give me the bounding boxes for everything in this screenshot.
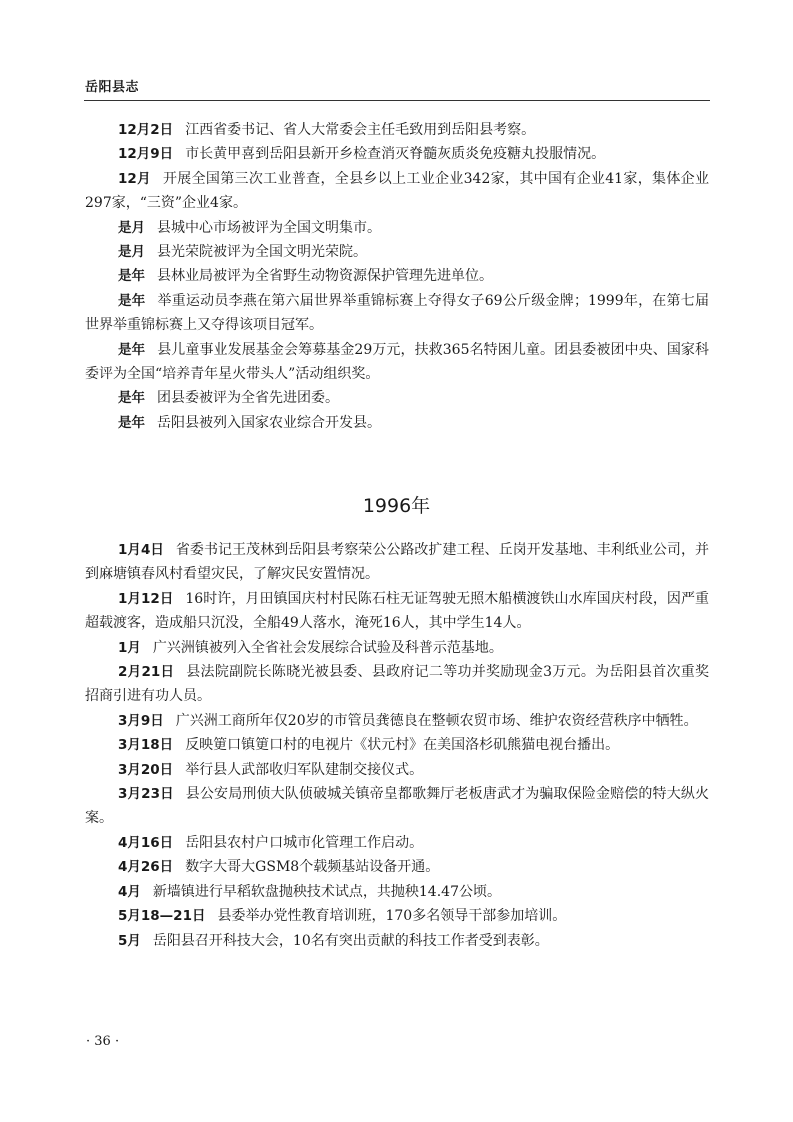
entry-date: 是年: [118, 342, 145, 358]
entry-text: 县委举办党性教育培训班，170多名领导干部参加培训。: [217, 908, 566, 924]
entry-text: 县城中心市场被评为全国文明集市。: [157, 220, 381, 236]
entry-date: 12月9日: [118, 146, 173, 162]
entry: 是年岳阳县被列入国家农业综合开发县。: [85, 411, 709, 435]
entry-date: 5月: [118, 933, 141, 949]
entries-1995: 12月2日江西省委书记、省人大常委会主任毛致用到岳阳县考察。 12月9日市长黄甲…: [85, 118, 709, 435]
entry-date: 4月: [118, 884, 141, 900]
entry-text: 岳阳县被列入国家农业综合开发县。: [157, 415, 381, 431]
entry-date: 是月: [118, 244, 145, 260]
entry-text: 岳阳县召开科技大会，10名有突出贡献的科技工作者受到表彰。: [153, 933, 549, 949]
entry-text: 反映筻口镇筻口村的电视片《状元村》在美国洛杉矶熊猫电视台播出。: [185, 737, 619, 753]
entry: 1月4日省委书记王茂林到岳阳县考察荣公公路改扩建工程、丘岗开发基地、丰利纸业公司…: [85, 538, 709, 587]
entry: 12月9日市长黄甲喜到岳阳县新开乡检查消灭脊髓灰质炎免疫糖丸投服情况。: [85, 142, 709, 166]
entry: 是月县光荣院被评为全国文明光荣院。: [85, 240, 709, 264]
entry-date: 4月16日: [118, 835, 173, 851]
entry: 是年团县委被评为全省先进团委。: [85, 386, 709, 410]
entry: 是年县儿童事业发展基金会筹募基金29万元，扶救365名特困儿童。团县委被团中央、…: [85, 338, 709, 387]
entry: 12月开展全国第三次工业普查，全县乡以上工业企业342家，其中国有企业41家，集…: [85, 167, 709, 216]
entry: 5月18—21日县委举办党性教育培训班，170多名领导干部参加培训。: [85, 904, 709, 928]
entry-date: 是月: [118, 220, 145, 236]
entry-date: 是年: [118, 415, 145, 431]
entry-date: 是年: [118, 293, 145, 309]
entry: 3月18日反映筻口镇筻口村的电视片《状元村》在美国洛杉矶熊猫电视台播出。: [85, 733, 709, 757]
entry: 3月9日广兴洲工商所年仅20岁的市管员龚德良在整顿农贸市场、维护农资经营秩序中牺…: [85, 709, 709, 733]
entry-text: 县林业局被评为全省野生动物资源保护管理先进单位。: [157, 268, 493, 284]
entry-text: 县光荣院被评为全国文明光荣院。: [157, 244, 367, 260]
entry: 2月21日县法院副院长陈晓光被县委、县政府记二等功并奖励现金3万元。为岳阳县首次…: [85, 660, 709, 709]
entry-text: 广兴洲镇被列入全省社会发展综合试验及科普示范基地。: [153, 640, 503, 656]
entry: 4月16日岳阳县农村户口城市化管理工作启动。: [85, 831, 709, 855]
entry-text: 县儿童事业发展基金会筹募基金29万元，扶救365名特困儿童。团县委被团中央、国家…: [85, 342, 709, 382]
entry-text: 广兴洲工商所年仅20岁的市管员龚德良在整顿农贸市场、维护农资经营秩序中牺牲。: [176, 713, 698, 729]
entry: 3月23日县公安局刑侦大队侦破城关镇帝皇都歌舞厅老板唐武才为骗取保险金赔偿的特大…: [85, 782, 709, 831]
entry-date: 3月9日: [118, 713, 164, 729]
entry-text: 县法院副院长陈晓光被县委、县政府记二等功并奖励现金3万元。为岳阳县首次重奖招商引…: [85, 664, 709, 704]
entry-date: 3月23日: [118, 786, 174, 802]
entry: 4月新墙镇进行早稻软盘抛秧技术试点，共抛秧14.47公顷。: [85, 880, 709, 904]
running-title: 岳阳县志: [85, 76, 139, 95]
entry-text: 团县委被评为全省先进团委。: [157, 390, 339, 406]
entry-date: 4月26日: [118, 859, 173, 875]
entry: 是月县城中心市场被评为全国文明集市。: [85, 216, 709, 240]
entry-text: 举重运动员李燕在第六届世界举重锦标赛上夺得女子69公斤级金牌；1999年，在第七…: [85, 293, 709, 333]
entry: 是年县林业局被评为全省野生动物资源保护管理先进单位。: [85, 264, 709, 288]
entry: 12月2日江西省委书记、省人大常委会主任毛致用到岳阳县考察。: [85, 118, 709, 142]
entry: 1月广兴洲镇被列入全省社会发展综合试验及科普示范基地。: [85, 636, 709, 660]
entry: 是年举重运动员李燕在第六届世界举重锦标赛上夺得女子69公斤级金牌；1999年，在…: [85, 289, 709, 338]
entry-date: 3月20日: [118, 762, 173, 778]
entry: 5月岳阳县召开科技大会，10名有突出贡献的科技工作者受到表彰。: [85, 929, 709, 953]
entry-text: 岳阳县农村户口城市化管理工作启动。: [185, 835, 423, 851]
entry-text: 举行县人武部收归军队建制交接仪式。: [185, 762, 423, 778]
year-heading: 1996年: [0, 491, 793, 518]
entry-text: 市长黄甲喜到岳阳县新开乡检查消灭脊髓灰质炎免疫糖丸投服情况。: [185, 146, 605, 162]
entry-date: 2月21日: [118, 664, 174, 680]
entry-date: 3月18日: [118, 737, 173, 753]
entry-date: 5月18—21日: [118, 908, 205, 924]
entry-text: 县公安局刑侦大队侦破城关镇帝皇都歌舞厅老板唐武才为骗取保险金赔偿的特大纵火案。: [85, 786, 709, 826]
entry: 4月26日数字大哥大GSM8个载频基站设备开通。: [85, 855, 709, 879]
entry-date: 是年: [118, 390, 145, 406]
entry-text: 新墙镇进行早稻软盘抛秧技术试点，共抛秧14.47公顷。: [153, 884, 501, 900]
entry-text: 数字大哥大GSM8个载频基站设备开通。: [185, 859, 439, 875]
header-rule: [84, 100, 710, 101]
entry-date: 1月12日: [118, 591, 173, 607]
entry-date: 12月: [118, 171, 151, 187]
entry-text: 省委书记王茂林到岳阳县考察荣公公路改扩建工程、丘岗开发基地、丰利纸业公司，并到麻…: [85, 542, 709, 582]
page-number: · 36 ·: [86, 1034, 119, 1049]
entry-text: 16时许，月田镇国庆村村民陈石柱无证驾驶无照木船横渡铁山水库国庆村段，因严重超载…: [85, 591, 709, 631]
entry-date: 是年: [118, 268, 145, 284]
entry: 1月12日16时许，月田镇国庆村村民陈石柱无证驾驶无照木船横渡铁山水库国庆村段，…: [85, 587, 709, 636]
entries-1996: 1月4日省委书记王茂林到岳阳县考察荣公公路改扩建工程、丘岗开发基地、丰利纸业公司…: [85, 538, 709, 953]
entry-text: 江西省委书记、省人大常委会主任毛致用到岳阳县考察。: [185, 122, 535, 138]
entry-date: 1月4日: [118, 542, 164, 558]
entry-date: 1月: [118, 640, 141, 656]
entry-text: 开展全国第三次工业普查，全县乡以上工业企业342家，其中国有企业41家，集体企业…: [85, 171, 709, 211]
entry-date: 12月2日: [118, 122, 173, 138]
entry: 3月20日举行县人武部收归军队建制交接仪式。: [85, 758, 709, 782]
